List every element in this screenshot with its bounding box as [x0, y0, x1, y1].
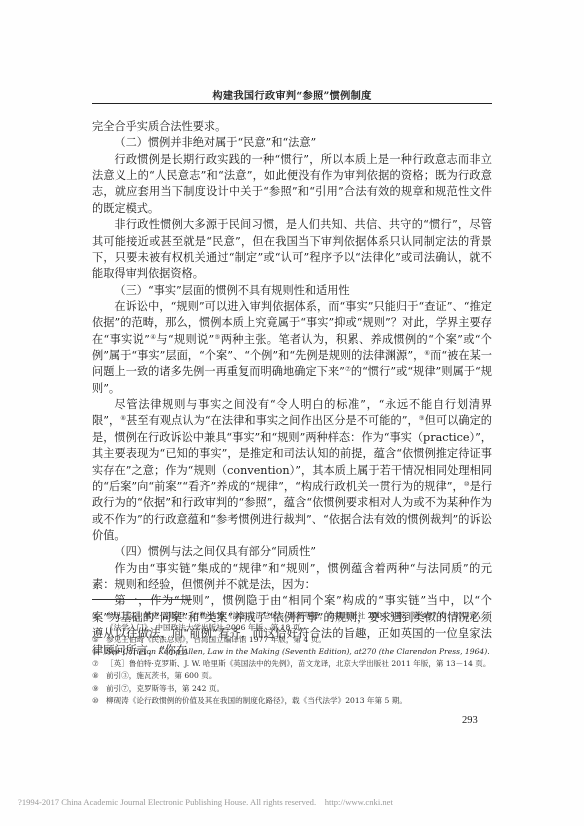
footnote-item: ④ 参见［法］雅克·盖斯坦、吉勒·古博《法国民法总论》，陈鹏等译，法律出版社 2… [92, 610, 492, 634]
page-number: 293 [462, 715, 478, 726]
section-heading-2: （二）惯例并非绝对属于“民意”和“法意” [92, 135, 492, 151]
footnote-number: ⑨ [92, 683, 106, 695]
header-rule [92, 103, 492, 104]
footnote-divider [92, 599, 192, 600]
footnote-text: 参见［法］雅克·盖斯坦、吉勒·古博《法国民法总论》，陈鹏等译，法律出版社 200… [106, 610, 492, 634]
footnote-item: ⑧ 前引③，施瓦茨书，第 600 页。 [92, 670, 492, 682]
paragraph: 作为由“事实链”集成的“规律”和“规则”，惯例蕴含着两种“与法同质”的元素：规则… [92, 561, 492, 594]
running-title: 构建我国行政审判“参照”惯例制度 [92, 87, 492, 102]
body-text: 完全合乎实质合法性要求。 （二）惯例并非绝对属于“民意”和“法意” 行政惯例是长… [92, 119, 492, 659]
footnote-number: ⑥ [92, 646, 106, 658]
journal-page: 构建我国行政审判“参照”惯例制度 完全合乎实质合法性要求。 （二）惯例并非绝对属… [0, 0, 584, 826]
footnote-number: ④ [92, 610, 106, 622]
paragraph: 非行政性惯例大多源于民间习惯，是人们共知、共信、共守的“惯行”，尽管其可能接近或… [92, 217, 492, 282]
footnote-item: ⑤ 参见王伯琦《民法总则》，台湾国立编译馆 1977 年版，第 4 页。 [92, 634, 492, 646]
paragraph-with-refs: 尽管法律规则与事实之间没有“令人明白的标准”，“永远不能自行划清界限”，⑧甚至有… [92, 397, 492, 544]
footnote-text: ［英］鲁伯特·克罗斯、J. W. 哈里斯《英国法中的先例》，苗文龙译，北京大学出… [106, 658, 492, 670]
footnote-text: 柳砚涛《论行政惯例的价值及其在我国的制度化路径》，载《当代法学》2013 年第 … [106, 695, 492, 707]
footnote-number: ⑤ [92, 634, 106, 646]
footnote-item: ⑥ See Carleton Kemp Allen, Law in the Ma… [92, 646, 492, 658]
footnote-text: 参见王伯琦《民法总则》，台湾国立编译馆 1977 年版，第 4 页。 [106, 634, 492, 646]
paragraph: 行政惯例是长期行政实践的一种“惯行”，所以本质上是一种行政意志而非立法意义上的“… [92, 152, 492, 217]
footnote-number: ⑧ [92, 670, 106, 682]
text-run: 甚至有观点认为“在法律和事实之间作出区分是不可能的”， [126, 414, 419, 427]
footnote-number: ⑩ [92, 695, 106, 707]
footnote-number: ⑦ [92, 658, 106, 670]
footnotes: ④ 参见［法］雅克·盖斯坦、吉勒·古博《法国民法总论》，陈鹏等译，法律出版社 2… [92, 610, 492, 707]
text-run: 与“规则说” [156, 333, 214, 346]
copyright-notice: ?1994-2017 China Academic Journal Electr… [18, 797, 393, 807]
footnote-item: ⑩ 柳砚涛《论行政惯例的价值及其在我国的制度化路径》，载《当代法学》2013 年… [92, 695, 492, 707]
footnote-text: 前引③，施瓦茨书，第 600 页。 [106, 670, 492, 682]
paragraph-continuation: 完全合乎实质合法性要求。 [92, 119, 492, 135]
footnote-item: ⑦ ［英］鲁伯特·克罗斯、J. W. 哈里斯《英国法中的先例》，苗文龙译，北京大… [92, 658, 492, 670]
footnote-text: 前引⑦，克罗斯等书，第 242 页。 [106, 683, 492, 695]
paragraph-with-refs: 在诉讼中，“规则”可以进入审判依据体系，而“事实”只能归于“查证”、“推定依据”… [92, 299, 492, 397]
section-heading-4: （四）惯例与法之间仅具有部分“同质性” [92, 544, 492, 560]
footnote-text: See Carleton Kemp Allen, Law in the Maki… [106, 646, 492, 658]
section-heading-3: （三）“事实”层面的惯例不具有规则性和适用性 [92, 283, 492, 299]
footnote-item: ⑨ 前引⑦，克罗斯等书，第 242 页。 [92, 683, 492, 695]
